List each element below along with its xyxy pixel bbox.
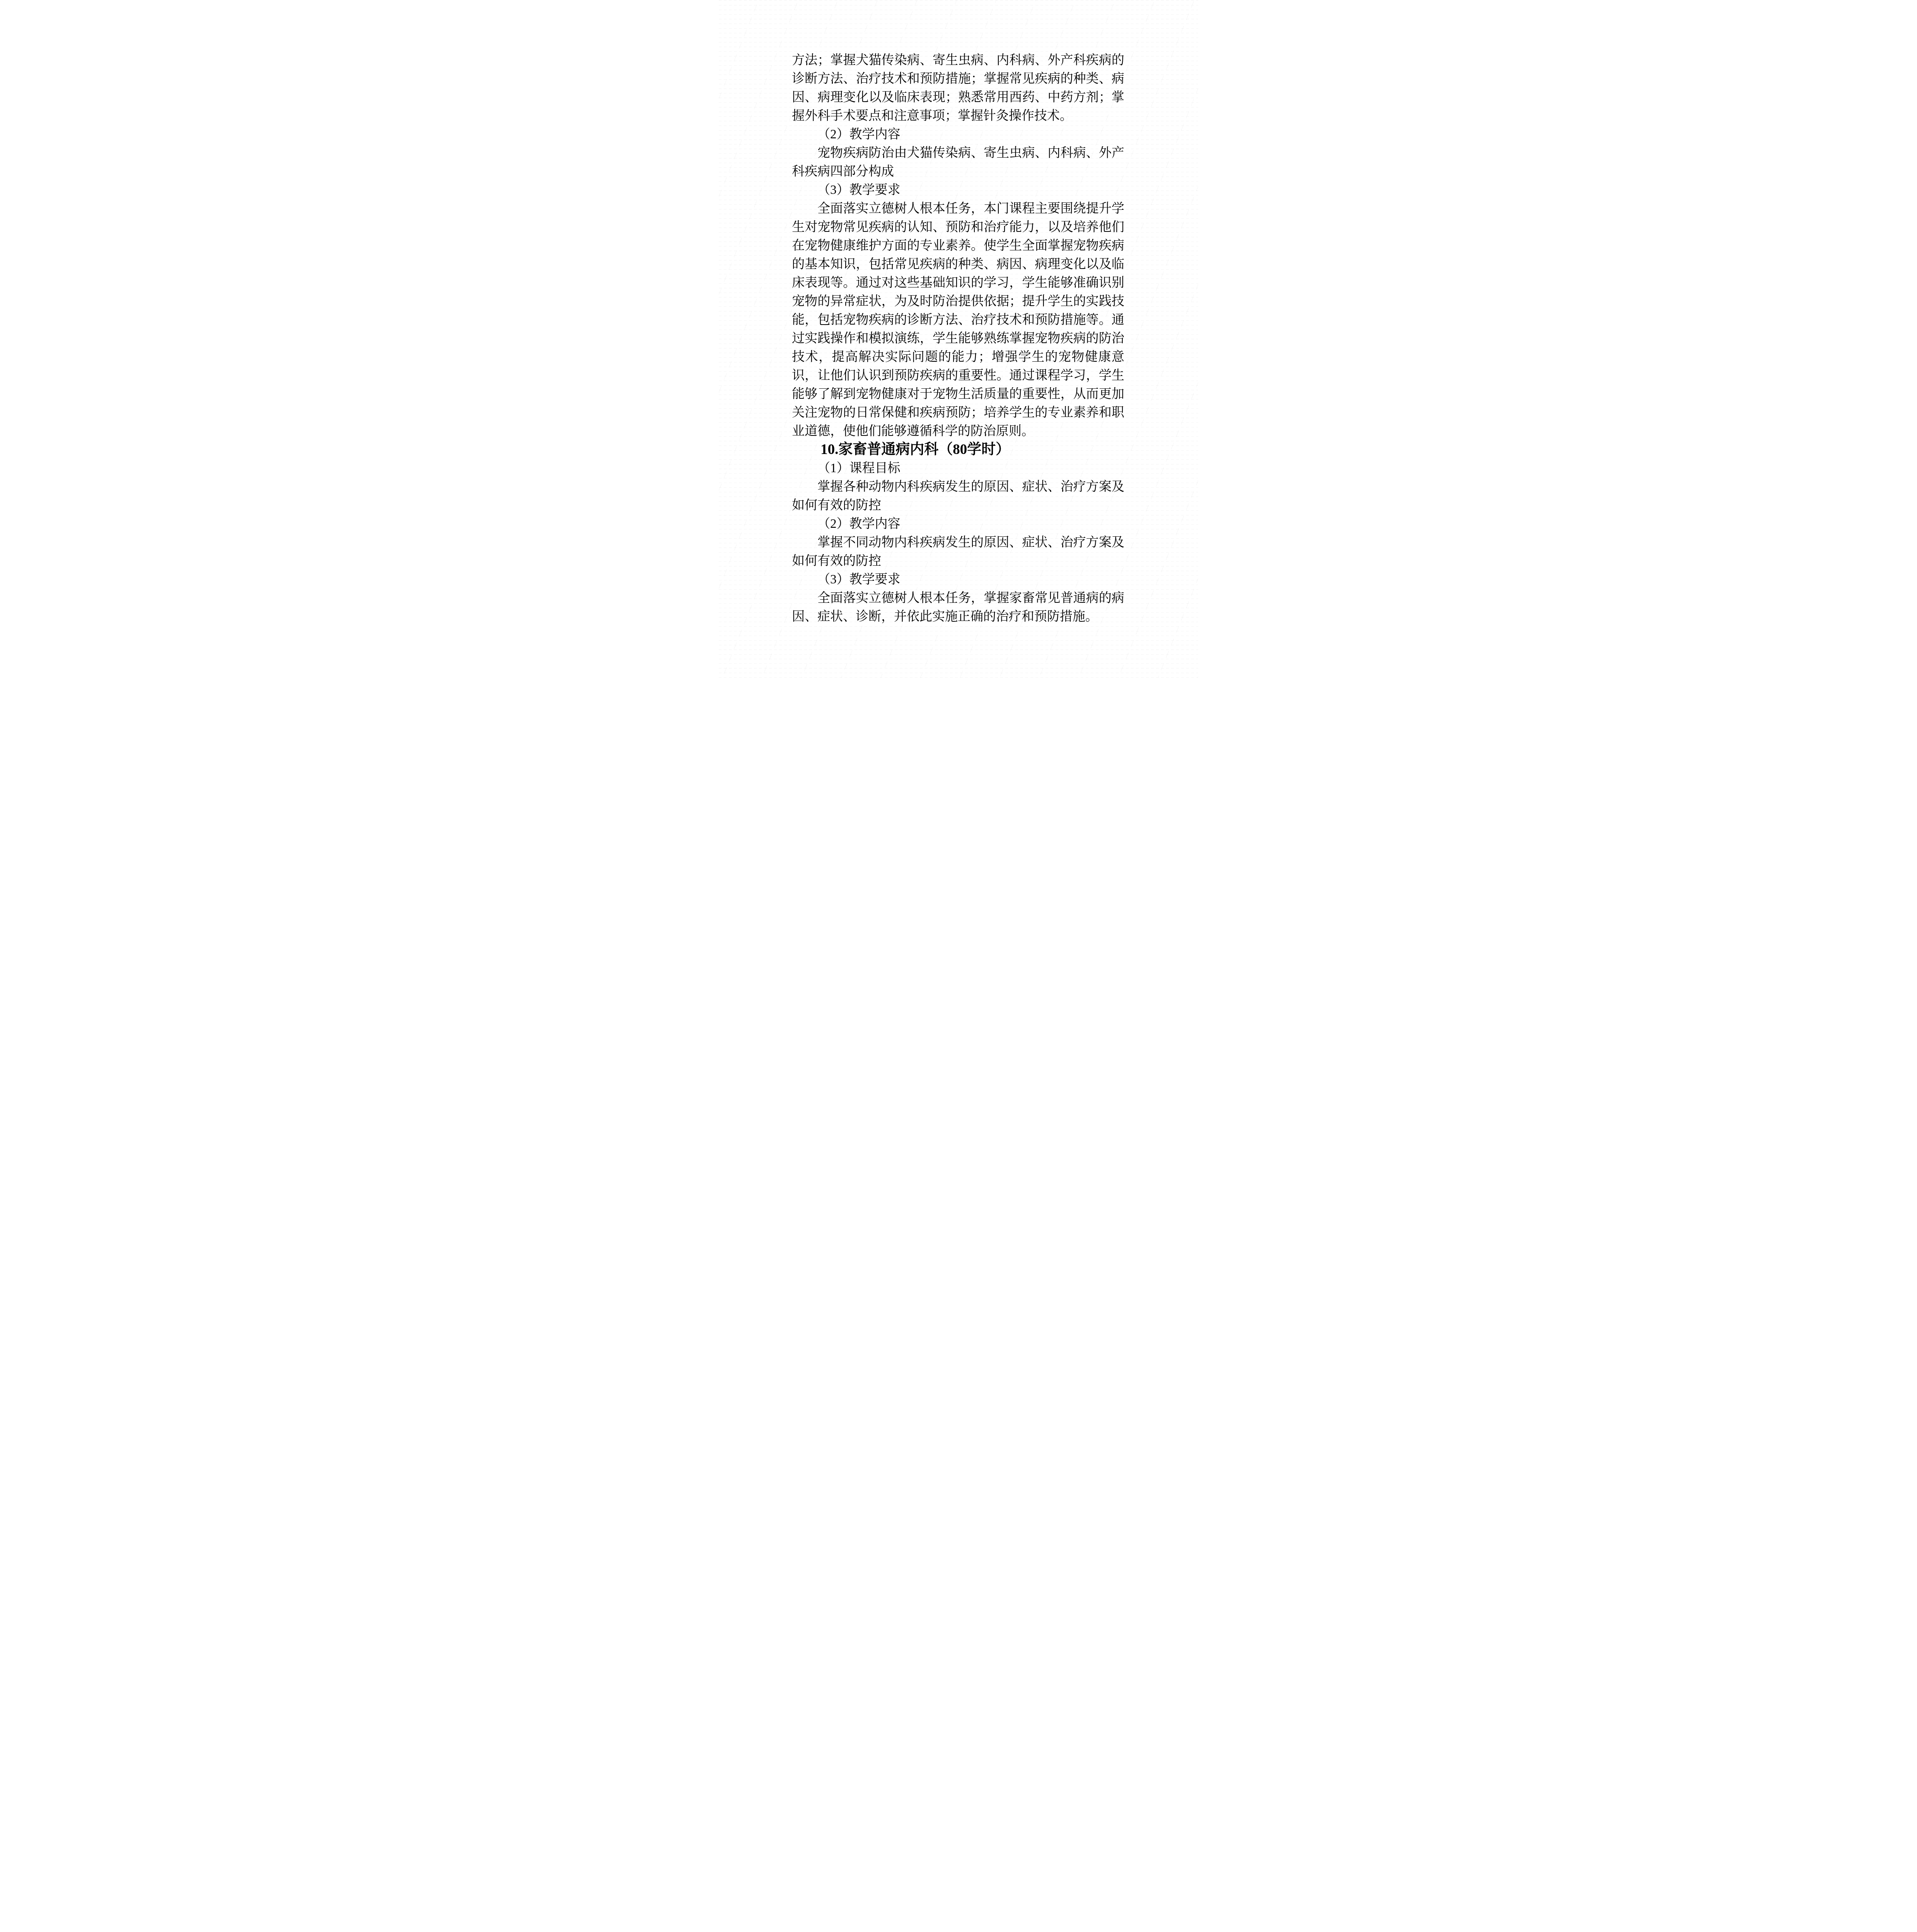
paragraph: （3）教学要求 xyxy=(792,570,1124,589)
paragraph: （3）教学要求 xyxy=(792,181,1124,199)
document-page: 方法；掌握犬猫传染病、寄生虫病、内科病、外产科疾病的诊断方法、治疗技术和预防措施… xyxy=(719,0,1198,678)
paragraph: 方法；掌握犬猫传染病、寄生虫病、内科病、外产科疾病的诊断方法、治疗技术和预防措施… xyxy=(792,51,1124,125)
paragraph: 掌握各种动物内科疾病发生的原因、症状、治疗方案及如何有效的防控 xyxy=(792,478,1124,515)
document-body: 方法；掌握犬猫传染病、寄生虫病、内科病、外产科疾病的诊断方法、治疗技术和预防措施… xyxy=(792,51,1124,626)
paragraph: 全面落实立德树人根本任务，本门课程主要围绕提升学生对宠物常见疾病的认知、预防和治… xyxy=(792,199,1124,440)
section-heading: 10.家畜普通病内科（80学时） xyxy=(792,440,1124,459)
paragraph: 宠物疾病防治由犬猫传染病、寄生虫病、内科病、外产科疾病四部分构成 xyxy=(792,144,1124,181)
paragraph: 掌握不同动物内科疾病发生的原因、症状、治疗方案及如何有效的防控 xyxy=(792,533,1124,570)
paragraph: （1）课程目标 xyxy=(792,459,1124,478)
paragraph: 全面落实立德树人根本任务，掌握家畜常见普通病的病因、症状、诊断，并依此实施正确的… xyxy=(792,589,1124,626)
paragraph: （2）教学内容 xyxy=(792,515,1124,533)
paragraph: （2）教学内容 xyxy=(792,125,1124,144)
